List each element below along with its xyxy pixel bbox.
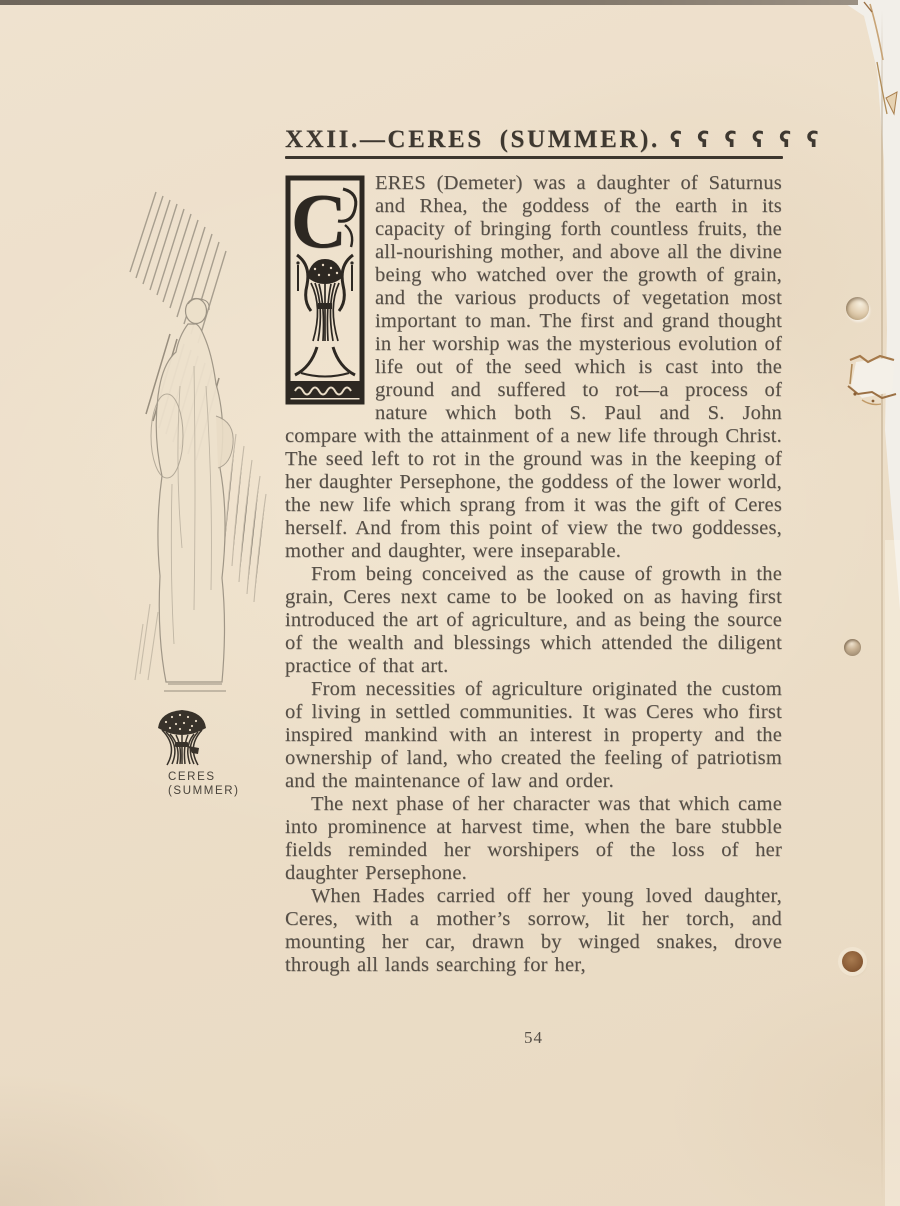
paragraph: When Hades carried off her young loved d… <box>285 885 782 977</box>
drop-cap-woodcut: C <box>285 175 365 405</box>
figure-caption-line2: (SUMMER) <box>168 784 240 798</box>
figure-caption: CERES (SUMMER) <box>168 770 240 798</box>
punch-hole <box>842 951 863 972</box>
wheat-sheaf-icon <box>150 704 214 770</box>
page-edge-crease <box>881 10 883 1200</box>
paragraph: From being conceived as the cause of gro… <box>285 563 782 678</box>
paragraph: The next phase of her character was that… <box>285 793 782 885</box>
body-text: C ERES (Demeter <box>285 172 782 977</box>
chapter-heading-row: XXII.—CERES (SUMMER). ʕ ʕ ʕ ʕ ʕ ʕ <box>285 126 783 154</box>
torn-notch <box>842 352 900 408</box>
figure-caption-line1: CERES <box>168 770 240 784</box>
chapter-title: XXII.—CERES (SUMMER). <box>285 126 660 154</box>
scanner-shadow-strip <box>0 0 858 5</box>
swash-ornaments: ʕ ʕ ʕ ʕ ʕ ʕ <box>670 128 823 152</box>
torn-corner <box>840 0 900 140</box>
ceres-statue-illustration <box>110 184 280 704</box>
punch-hole <box>844 639 861 656</box>
paragraph: From necessities of agriculture originat… <box>285 678 782 793</box>
page-edge-light-strip <box>885 540 900 1206</box>
page-number: 54 <box>285 1028 782 1048</box>
heading-rule <box>285 156 783 159</box>
scanned-book-page: XXII.—CERES (SUMMER). ʕ ʕ ʕ ʕ ʕ ʕ C <box>0 0 900 1206</box>
punch-hole <box>846 297 869 320</box>
